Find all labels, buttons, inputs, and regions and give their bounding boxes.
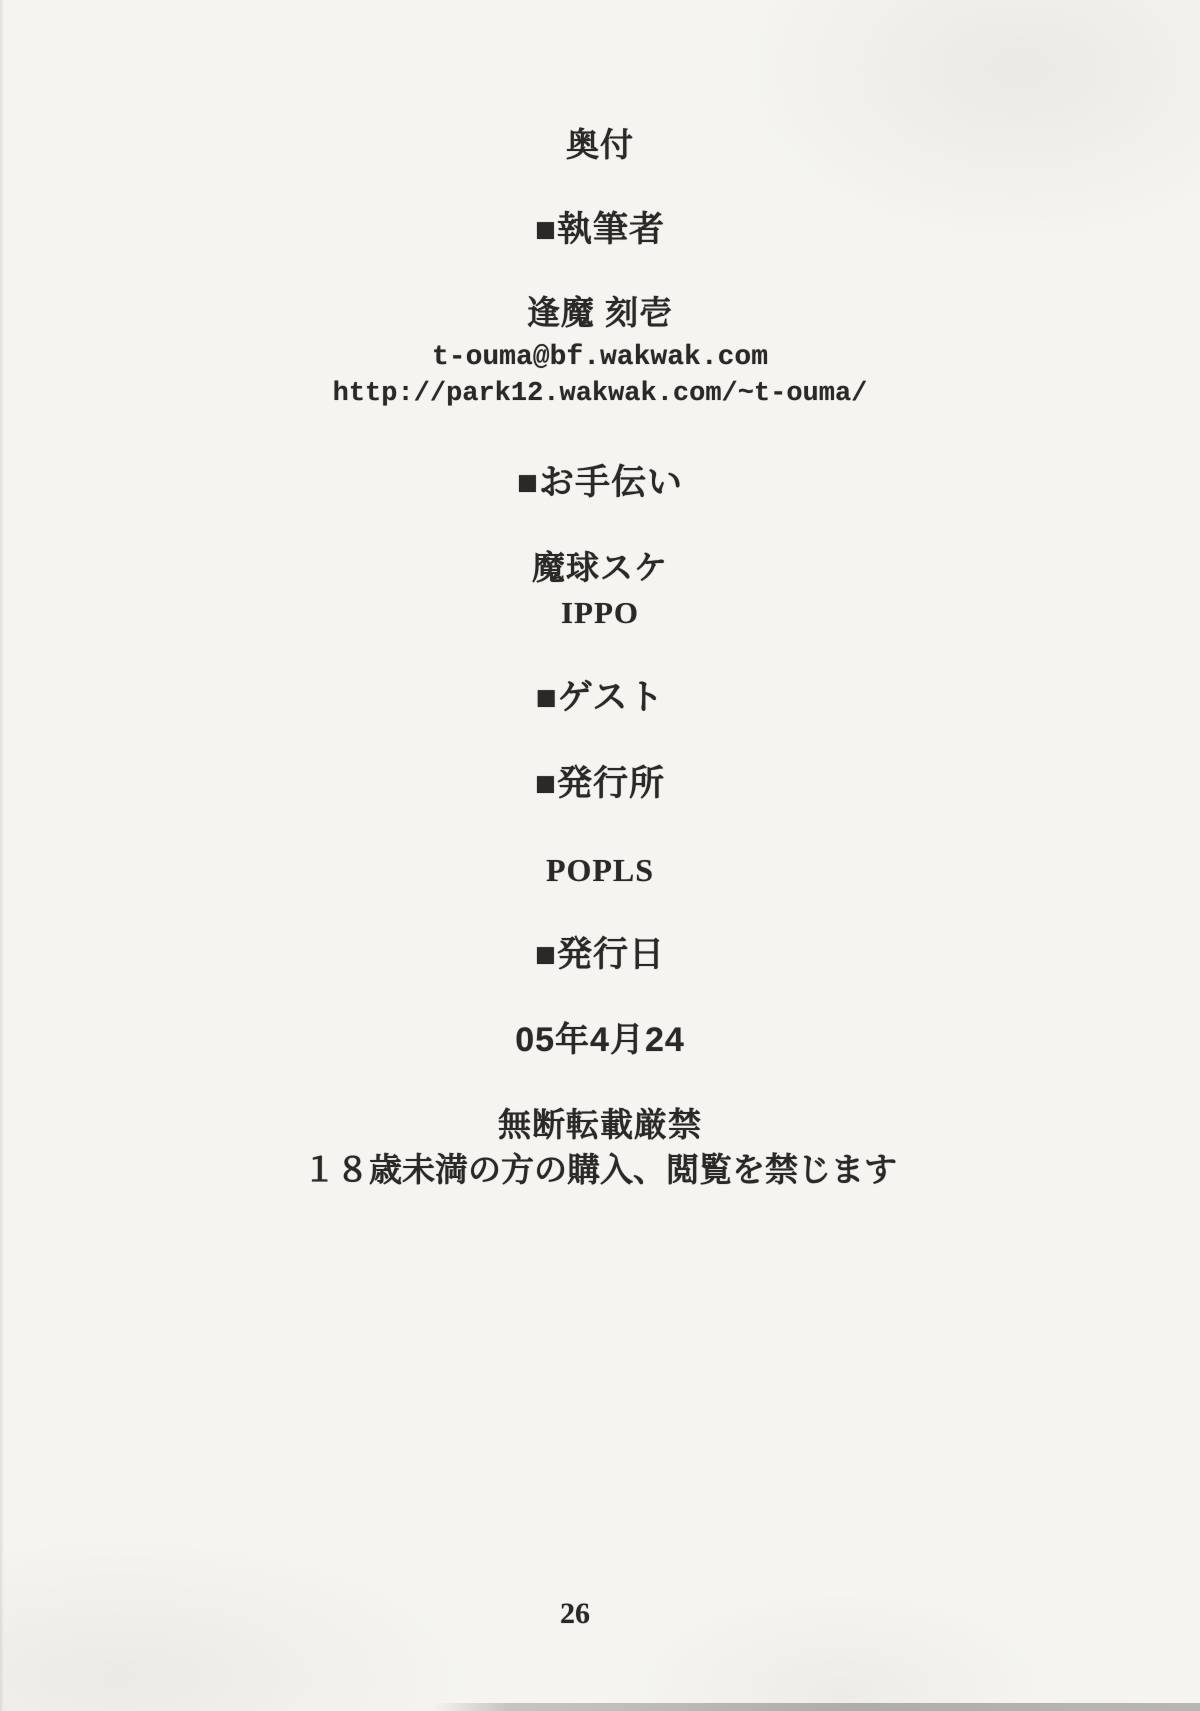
helper-name: IPPO: [0, 597, 1200, 628]
scan-edge-artifact: [432, 1703, 1200, 1711]
notice-age-restriction: １８歳未満の方の購入、閲覧を禁じます: [0, 1153, 1200, 1186]
author-url: http://park12.wakwak.com/~t-ouma/: [0, 381, 1200, 408]
author-name: 逢魔 刻壱: [0, 296, 1200, 329]
notice-no-reproduction: 無断転載厳禁: [0, 1108, 1200, 1141]
author-email: t-ouma@bf.wakwak.com: [0, 344, 1200, 372]
page-number: 26: [0, 1599, 1150, 1629]
guest-section-heading: ■ゲスト: [0, 680, 1200, 715]
publisher-name: POPLS: [0, 854, 1200, 886]
colophon-page: 奥付 ■執筆者 逢魔 刻壱 t-ouma@bf.wakwak.com http:…: [0, 0, 1200, 1711]
publisher-section-heading: ■発行所: [0, 766, 1200, 801]
publication-date-value: 05年4月24: [0, 1023, 1200, 1057]
helper-name: 魔球スケ: [0, 551, 1200, 584]
publication-date-heading: ■発行日: [0, 937, 1200, 972]
helpers-section-heading: ■お手伝い: [0, 465, 1200, 500]
scan-edge-left-artifact: [0, 0, 4, 1711]
page-title: 奥付: [0, 128, 1200, 161]
author-section-heading: ■執筆者: [0, 212, 1200, 247]
